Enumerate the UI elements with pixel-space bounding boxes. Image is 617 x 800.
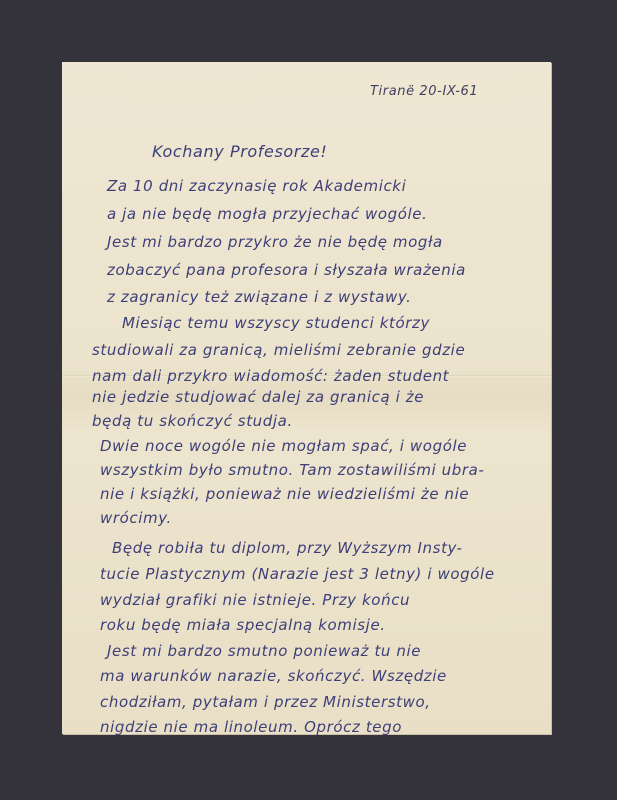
letter-line: wrócimy. [100, 509, 172, 527]
letter-line: tucie Plastycznym (Narazie jest 3 letny)… [100, 565, 495, 583]
letter-line: ma warunków narazie, skończyć. Wszędzie [100, 667, 447, 685]
letter-line: Miesiąc temu wszyscy studenci którzy [122, 314, 430, 332]
letter-line: zobaczyć pana profesora i słyszała wraże… [107, 261, 466, 279]
letter-line: z zagranicy też związane i z wystawy. [107, 288, 412, 306]
letter-salutation: Kochany Profesorze! [152, 142, 327, 161]
letter-line: a ja nie będę mogła przyjechać wogóle. [107, 205, 428, 223]
letter-line: chodziłam, pytałam i przez Ministerstwo, [100, 693, 431, 711]
letter-line: nie jedzie studjować dalej za granicą i … [92, 388, 424, 406]
letter-line: Jest mi bardzo smutno ponieważ tu nie [107, 642, 421, 660]
letter-line: będą tu skończyć studja. [92, 412, 293, 430]
letter-line: Jest mi bardzo przykro że nie będę mogła [107, 233, 443, 251]
letter-line: Za 10 dni zaczynasię rok Akademicki [107, 177, 406, 195]
letter-paper: Tiranë 20-IX-61 Kochany Profesorze! Za 1… [62, 62, 551, 734]
letter-line: Dwie noce wogóle nie mogłam spać, i wogó… [100, 437, 467, 455]
letter-line: Będę robiła tu diplom, przy Wyższym Inst… [112, 539, 463, 557]
letter-line: nigdzie nie ma linoleum. Oprócz tego [100, 718, 402, 736]
letter-line: roku będę miała specjalną komisje. [100, 616, 386, 634]
letter-line: wszystkim było smutno. Tam zostawiliśmi … [100, 461, 484, 479]
letter-date: Tiranë 20-IX-61 [370, 84, 478, 99]
letter-line: nam dali przykro wiadomość: żaden studen… [92, 367, 449, 385]
letter-line: studiowali za granicą, mieliśmi zebranie… [92, 341, 465, 359]
letter-line: wydział grafiki nie istnieje. Przy końcu [100, 591, 410, 609]
letter-line: nie i książki, ponieważ nie wiedzieliśmi… [100, 485, 469, 503]
